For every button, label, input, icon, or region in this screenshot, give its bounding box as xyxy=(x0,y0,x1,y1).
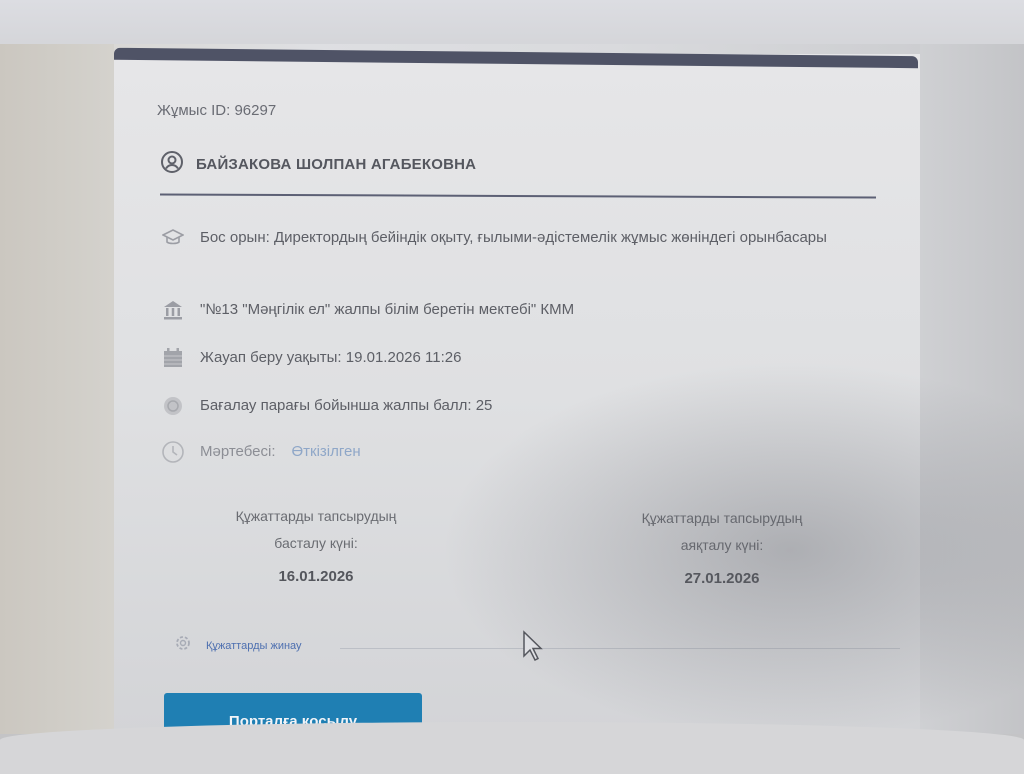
page-right-margin xyxy=(920,44,1024,734)
applicant-header: БАЙЗАКОВА ШОЛПАН АГАБЕКОВНА xyxy=(160,150,476,179)
submission-start-date: 16.01.2026 xyxy=(186,563,446,590)
submission-end: Құжаттарды тапсырудың аяқталу күні: 27.0… xyxy=(592,505,852,592)
response-time-text: Жауап беру уақыты: 19.01.2026 11:26 xyxy=(200,346,860,370)
stepper-step-collect-documents[interactable]: Құжаттарды жинау xyxy=(172,632,326,659)
calendar-icon xyxy=(160,346,186,370)
organization-row: "№13 "Мәңгілік ел" жалпы білім беретін м… xyxy=(160,298,860,322)
vacancy-row: Бос орын: Директордың бейіндік оқыту, ғы… xyxy=(160,226,860,250)
graduation-cap-icon xyxy=(160,226,186,250)
total-score-text: Бағалау парағы бойынша жалпы балл: 25 xyxy=(200,394,860,418)
gear-icon xyxy=(172,632,194,659)
step-label: Құжаттарды жинау xyxy=(206,639,326,653)
submission-start-label-1: Құжаттарды тапсырудың xyxy=(186,503,446,530)
status-row: Мәртебесі:Өткізілген xyxy=(160,440,860,464)
organization-text: "№13 "Мәңгілік ел" жалпы білім беретін м… xyxy=(200,298,860,322)
vacancy-text: Бос орын: Директордың бейіндік оқыту, ғы… xyxy=(200,226,860,250)
job-id: Жұмыс ID: 96297 xyxy=(157,102,276,119)
mouse-pointer-icon xyxy=(522,630,546,667)
stepper-track xyxy=(340,648,900,649)
applicant-name: БАЙЗАКОВА ШОЛПАН АГАБЕКОВНА xyxy=(196,156,476,173)
bank-building-icon xyxy=(160,298,186,322)
page-left-margin xyxy=(0,44,114,734)
submission-end-date: 27.01.2026 xyxy=(592,565,852,592)
status-badge: Өткізілген xyxy=(292,443,361,460)
response-time-row: Жауап беру уақыты: 19.01.2026 11:26 xyxy=(160,346,860,370)
award-badge-icon xyxy=(160,394,186,418)
submission-end-label-2: аяқталу күні: xyxy=(592,532,852,559)
submission-start: Құжаттарды тапсырудың басталу күні: 16.0… xyxy=(186,503,446,590)
user-circle-icon xyxy=(160,150,184,179)
submission-start-label-2: басталу күні: xyxy=(186,530,446,557)
status-label: Мәртебесі: xyxy=(200,443,276,460)
total-score-row: Бағалау парағы бойынша жалпы балл: 25 xyxy=(160,394,860,418)
screen-bottom-edge xyxy=(0,722,1024,774)
submission-end-label-1: Құжаттарды тапсырудың xyxy=(592,505,852,532)
clock-icon xyxy=(160,440,186,464)
